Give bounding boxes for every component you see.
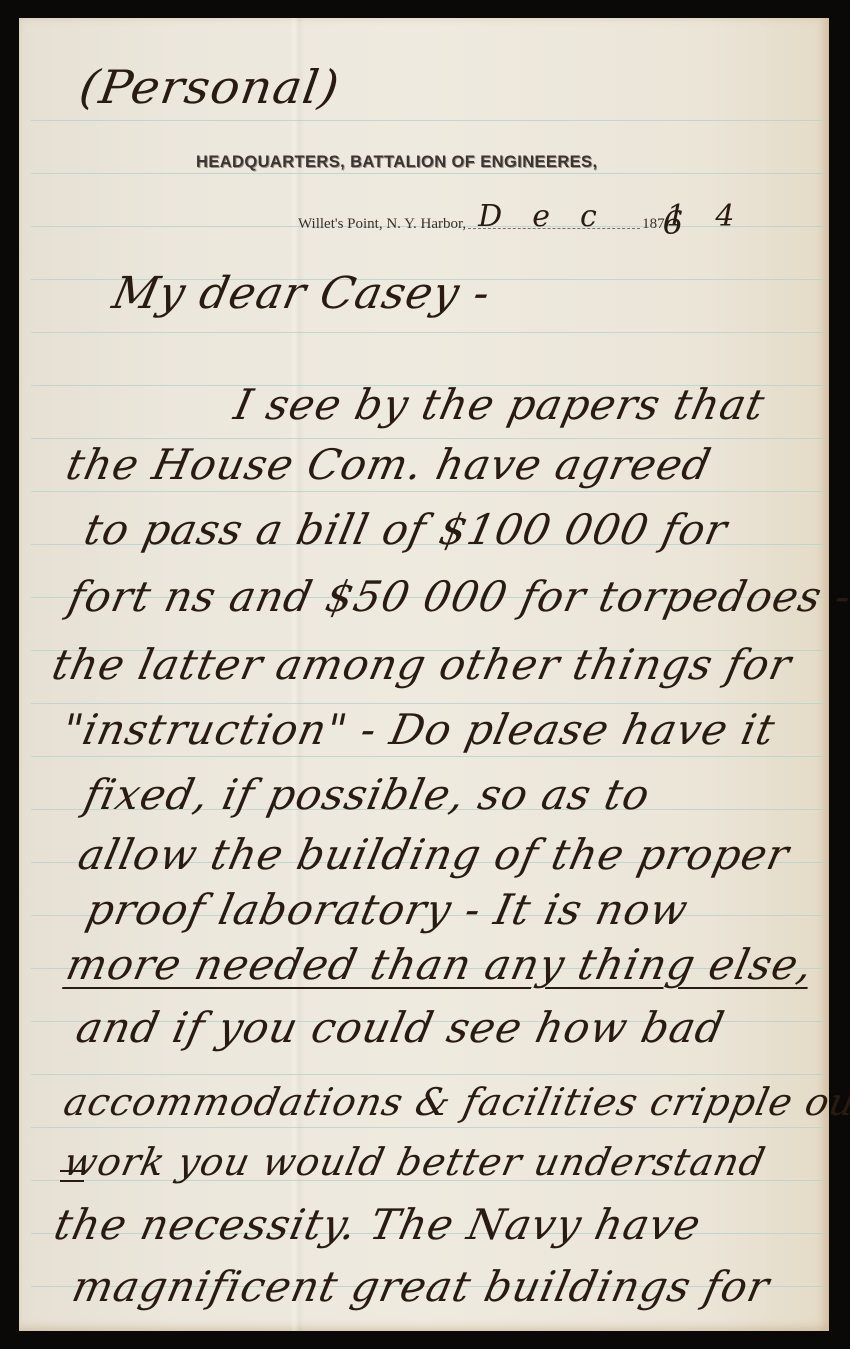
body-line: I see by the papers that [230,380,770,429]
rule-line [31,703,823,704]
rule-line [31,173,823,174]
body-line: magnificent great buildings for [68,1262,774,1311]
body-line: work you would better understand [60,1140,770,1184]
body-line: proof laboratory - It is now [82,885,693,934]
body-line: to pass a bill of $100 000 for [80,505,732,554]
body-line-underlined: more needed than any thing else, [62,940,818,989]
salutation: My dear Casey - [108,268,495,319]
body-line: fort ns and $50 000 for torpedoes - [64,572,850,621]
body-line: and if you could see how bad [72,1003,729,1052]
letterhead-organization: HEADQUARTERS, BATTALION OF ENGINEERES, [196,153,597,172]
letterhead-place-date: Willet's Point, N. Y. Harbor, Dec 14 187… [298,213,683,233]
body-line: allow the building of the proper [74,830,794,879]
rule-line [31,332,823,333]
rule-line [31,438,823,439]
rule-line [31,1074,823,1075]
body-line: fixed, if possible, so as to [80,770,655,819]
rule-line [31,491,823,492]
body-line: the House Com. have agreed [62,440,716,489]
body-line: the necessity. The Navy have [50,1200,706,1249]
handwritten-date: Dec 14 [478,199,764,234]
body-line: the latter among other things for [48,640,796,689]
strikethrough-mark [60,1170,84,1182]
rule-line [31,1127,823,1128]
rule-line [31,120,823,121]
rule-line [31,756,823,757]
date-blank-line: Dec 14 [468,227,640,229]
body-line: "instruction" - Do please have it [58,705,780,754]
personal-annotation: (Personal) [76,60,343,114]
body-line: accommodations & facilities cripple our [60,1080,850,1124]
place-text: Willet's Point, N. Y. Harbor, [298,216,466,233]
